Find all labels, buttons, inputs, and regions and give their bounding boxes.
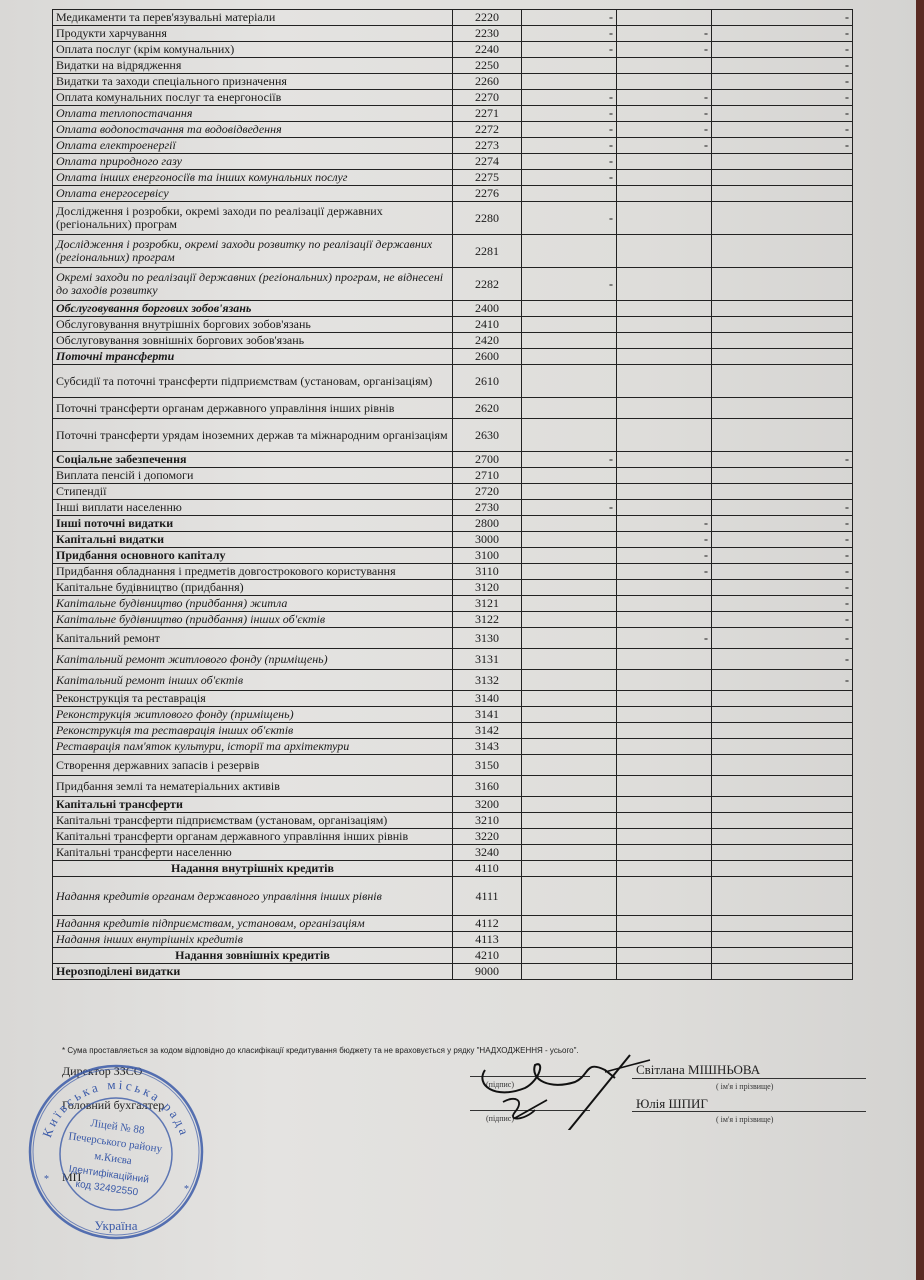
table-row: Обслуговування боргових зобов'язань2400 [53, 301, 853, 317]
amount-cell [617, 154, 712, 170]
expense-code: 3121 [453, 596, 522, 612]
amount-cell [712, 268, 853, 301]
amount-cell: - [522, 154, 617, 170]
expense-category-name: Субсидії та поточні трансферти підприємс… [53, 365, 453, 398]
table-row: Стипендії2720 [53, 484, 853, 500]
amount-cell [522, 419, 617, 452]
expense-code: 3200 [453, 797, 522, 813]
amount-cell [522, 797, 617, 813]
amount-cell [617, 468, 712, 484]
table-row: Капітальні видатки3000-- [53, 532, 853, 548]
amount-cell [522, 877, 617, 916]
expense-code: 2274 [453, 154, 522, 170]
table-row: Придбання обладнання і предметів довгост… [53, 564, 853, 580]
expense-code: 2620 [453, 398, 522, 419]
expense-code: 3240 [453, 845, 522, 861]
amount-cell [712, 964, 853, 980]
table-row: Реконструкція та реставрація інших об'єк… [53, 723, 853, 739]
expense-code: 2271 [453, 106, 522, 122]
svg-text:*: * [44, 1174, 49, 1185]
table-row: Надання кредитів підприємствам, установа… [53, 916, 853, 932]
expense-code: 2410 [453, 317, 522, 333]
amount-cell [522, 301, 617, 317]
table-row: Оплата природного газу2274- [53, 154, 853, 170]
expense-code: 3131 [453, 649, 522, 670]
amount-cell: - [522, 10, 617, 26]
expense-code: 2730 [453, 500, 522, 516]
amount-cell: - [712, 122, 853, 138]
expense-category-name: Капітальні трансферти органам державного… [53, 829, 453, 845]
expense-code: 4111 [453, 877, 522, 916]
expense-code: 3210 [453, 813, 522, 829]
amount-cell [712, 755, 853, 776]
amount-cell [617, 186, 712, 202]
amount-cell [617, 691, 712, 707]
expense-category-name: Поточні трансферти [53, 349, 453, 365]
amount-cell [522, 612, 617, 628]
amount-cell [712, 154, 853, 170]
expense-category-name: Реконструкція житлового фонду (приміщень… [53, 707, 453, 723]
table-row: Окремі заходи по реалізації державних (р… [53, 268, 853, 301]
amount-cell: - [617, 532, 712, 548]
expense-code: 3110 [453, 564, 522, 580]
expense-category-name: Оплата енергосервісу [53, 186, 453, 202]
amount-cell: - [712, 628, 853, 649]
amount-cell [712, 861, 853, 877]
table-row: Дослідження і розробки, окремі заходи ро… [53, 235, 853, 268]
table-row: Капітальний ремонт інших об'єктів3132- [53, 670, 853, 691]
svg-text:*: * [184, 1184, 189, 1195]
expense-code: 2420 [453, 333, 522, 349]
expense-category-name: Надання внутрішніх кредитів [53, 861, 453, 877]
amount-cell [617, 845, 712, 861]
table-row: Придбання землі та нематеріальних активі… [53, 776, 853, 797]
table-row: Капітальні трансферти органам державного… [53, 829, 853, 845]
expense-category-name: Надання інших внутрішніх кредитів [53, 932, 453, 948]
expense-code: 2250 [453, 58, 522, 74]
amount-cell [522, 564, 617, 580]
expense-category-name: Капітальне будівництво (придбання) житла [53, 596, 453, 612]
expense-category-name: Обслуговування зовнішніх боргових зобов'… [53, 333, 453, 349]
amount-cell: - [617, 516, 712, 532]
expense-category-name: Продукти харчування [53, 26, 453, 42]
amount-cell [617, 797, 712, 813]
expense-code: 2280 [453, 202, 522, 235]
amount-cell: - [522, 268, 617, 301]
expense-category-name: Медикаменти та перев'язувальні матеріали [53, 10, 453, 26]
table-row: Медикаменти та перев'язувальні матеріали… [53, 10, 853, 26]
amount-cell [617, 317, 712, 333]
table-row: Інші поточні видатки2800-- [53, 516, 853, 532]
table-row: Капітальний ремонт3130-- [53, 628, 853, 649]
amount-cell [522, 596, 617, 612]
expense-category-name: Придбання основного капіталу [53, 548, 453, 564]
expense-category-name: Надання зовнішніх кредитів [53, 948, 453, 964]
expense-code: 2710 [453, 468, 522, 484]
amount-cell [617, 916, 712, 932]
amount-cell: - [712, 612, 853, 628]
amount-cell [712, 468, 853, 484]
amount-cell [617, 877, 712, 916]
expense-code: 4210 [453, 948, 522, 964]
amount-cell: - [522, 170, 617, 186]
amount-cell [522, 813, 617, 829]
amount-cell [712, 877, 853, 916]
expense-code: 2282 [453, 268, 522, 301]
amount-cell [617, 829, 712, 845]
table-row: Капітальне будівництво (придбання) інших… [53, 612, 853, 628]
table-row: Надання інших внутрішніх кредитів4113 [53, 932, 853, 948]
expense-category-name: Капітальні трансферти населенню [53, 845, 453, 861]
amount-cell [617, 612, 712, 628]
budget-expenditure-table: Медикаменти та перев'язувальні матеріали… [52, 9, 853, 980]
document-page: Медикаменти та перев'язувальні матеріали… [0, 0, 916, 1280]
expense-category-name: Виплата пенсій і допомоги [53, 468, 453, 484]
amount-cell [522, 964, 617, 980]
expense-category-name: Надання кредитів підприємствам, установа… [53, 916, 453, 932]
expense-category-name: Капітальні трансферти підприємствам (уст… [53, 813, 453, 829]
expense-category-name: Обслуговування внутрішніх боргових зобов… [53, 317, 453, 333]
amount-cell [712, 776, 853, 797]
expense-category-name: Інші виплати населенню [53, 500, 453, 516]
table-row: Виплата пенсій і допомоги2710 [53, 468, 853, 484]
amount-cell [522, 776, 617, 797]
expense-code: 2276 [453, 186, 522, 202]
expense-code: 4112 [453, 916, 522, 932]
expense-category-name: Інші поточні видатки [53, 516, 453, 532]
accountant-name-caption: ( ім'я і прізвище) [716, 1115, 773, 1124]
expense-category-name: Капітальний ремонт [53, 628, 453, 649]
expense-code: 2273 [453, 138, 522, 154]
expense-category-name: Оплата послуг (крім комунальних) [53, 42, 453, 58]
table-row: Оплата електроенергії2273--- [53, 138, 853, 154]
amount-cell: - [712, 670, 853, 691]
amount-cell [617, 948, 712, 964]
expense-category-name: Поточні трансферти органам державного уп… [53, 398, 453, 419]
table-row: Капітальний ремонт житлового фонду (прим… [53, 649, 853, 670]
expense-category-name: Придбання обладнання і предметів довгост… [53, 564, 453, 580]
amount-cell [712, 202, 853, 235]
expense-code: 3132 [453, 670, 522, 691]
expense-code: 3122 [453, 612, 522, 628]
amount-cell: - [712, 580, 853, 596]
table-row: Капітальні трансферти підприємствам (уст… [53, 813, 853, 829]
table-row: Створення державних запасів і резервів31… [53, 755, 853, 776]
expense-code: 9000 [453, 964, 522, 980]
amount-cell: - [712, 58, 853, 74]
amount-cell: - [712, 90, 853, 106]
expense-category-name: Обслуговування боргових зобов'язань [53, 301, 453, 317]
amount-cell [617, 500, 712, 516]
expense-category-name: Окремі заходи по реалізації державних (р… [53, 268, 453, 301]
expense-code: 3100 [453, 548, 522, 564]
amount-cell [522, 707, 617, 723]
amount-cell [522, 74, 617, 90]
expense-code: 2610 [453, 365, 522, 398]
amount-cell [712, 333, 853, 349]
expense-code: 3000 [453, 532, 522, 548]
amount-cell: - [617, 628, 712, 649]
amount-cell [522, 932, 617, 948]
amount-cell [617, 739, 712, 755]
table-row: Капітальні трансферти3200 [53, 797, 853, 813]
expense-category-name: Капітальні видатки [53, 532, 453, 548]
table-row: Оплата водопостачання та водовідведення2… [53, 122, 853, 138]
amount-cell [522, 548, 617, 564]
svg-text:Печерського району: Печерського району [68, 1130, 164, 1155]
amount-cell [522, 755, 617, 776]
amount-cell: - [617, 122, 712, 138]
amount-cell [712, 398, 853, 419]
table-row: Поточні трансферти2600 [53, 349, 853, 365]
amount-cell: - [712, 74, 853, 90]
expense-code: 3141 [453, 707, 522, 723]
expense-category-name: Оплата водопостачання та водовідведення [53, 122, 453, 138]
amount-cell [522, 723, 617, 739]
amount-cell: - [712, 26, 853, 42]
director-name-caption: ( ім'я і прізвище) [716, 1082, 773, 1091]
expense-code: 2700 [453, 452, 522, 468]
amount-cell: - [712, 42, 853, 58]
expense-code: 3143 [453, 739, 522, 755]
amount-cell [522, 948, 617, 964]
amount-cell [522, 516, 617, 532]
expense-code: 2270 [453, 90, 522, 106]
amount-cell [617, 649, 712, 670]
amount-cell [617, 235, 712, 268]
expense-category-name: Оплата інших енергоносіїв та інших комун… [53, 170, 453, 186]
amount-cell: - [522, 42, 617, 58]
expense-category-name: Реконструкція та реставрація [53, 691, 453, 707]
table-row: Інші виплати населенню2730-- [53, 500, 853, 516]
expense-code: 2400 [453, 301, 522, 317]
amount-cell: - [712, 649, 853, 670]
table-row: Реконструкція житлового фонду (приміщень… [53, 707, 853, 723]
amount-cell: - [712, 10, 853, 26]
expense-code: 3130 [453, 628, 522, 649]
expense-code: 3120 [453, 580, 522, 596]
amount-cell [522, 861, 617, 877]
expense-code: 4113 [453, 932, 522, 948]
table-row: Видатки на відрядження2250- [53, 58, 853, 74]
amount-cell [712, 932, 853, 948]
expense-code: 3140 [453, 691, 522, 707]
expense-category-name: Стипендії [53, 484, 453, 500]
expense-category-name: Капітальні трансферти [53, 797, 453, 813]
table-row: Обслуговування внутрішніх боргових зобов… [53, 317, 853, 333]
expense-category-name: Капітальне будівництво (придбання) [53, 580, 453, 596]
svg-text:Україна: Україна [95, 1218, 138, 1233]
amount-cell [617, 365, 712, 398]
table-row: Оплата інших енергоносіїв та інших комун… [53, 170, 853, 186]
amount-cell [522, 691, 617, 707]
table-row: Обслуговування зовнішніх боргових зобов'… [53, 333, 853, 349]
amount-cell [522, 349, 617, 365]
expense-category-name: Нерозподілені видатки [53, 964, 453, 980]
amount-cell [617, 484, 712, 500]
amount-cell [522, 58, 617, 74]
amount-cell [712, 317, 853, 333]
table-row: Надання зовнішніх кредитів4210 [53, 948, 853, 964]
amount-cell [712, 739, 853, 755]
table-row: Нерозподілені видатки9000 [53, 964, 853, 980]
amount-cell [617, 723, 712, 739]
expense-category-name: Капітальний ремонт інших об'єктів [53, 670, 453, 691]
expense-category-name: Придбання землі та нематеріальних активі… [53, 776, 453, 797]
table-row: Продукти харчування2230--- [53, 26, 853, 42]
expense-category-name: Створення державних запасів і резервів [53, 755, 453, 776]
table-row: Оплата енергосервісу2276 [53, 186, 853, 202]
amount-cell [617, 10, 712, 26]
amount-cell [712, 723, 853, 739]
amount-cell [617, 580, 712, 596]
amount-cell [617, 776, 712, 797]
amount-cell [617, 333, 712, 349]
expense-category-name: Реставрація пам'яток культури, історії т… [53, 739, 453, 755]
expense-code: 2272 [453, 122, 522, 138]
amount-cell: - [712, 548, 853, 564]
table-row: Оплата комунальних послуг та енергоносії… [53, 90, 853, 106]
amount-cell [712, 170, 853, 186]
amount-cell [712, 797, 853, 813]
expense-category-name: Оплата теплопостачання [53, 106, 453, 122]
expense-category-name: Соціальне забезпечення [53, 452, 453, 468]
table-row: Видатки та заходи спеціального призначен… [53, 74, 853, 90]
table-row: Оплата теплопостачання2271--- [53, 106, 853, 122]
amount-cell [712, 813, 853, 829]
expense-code: 2281 [453, 235, 522, 268]
amount-cell: - [522, 202, 617, 235]
amount-cell [522, 398, 617, 419]
amount-cell [522, 468, 617, 484]
amount-cell [522, 484, 617, 500]
table-row: Оплата послуг (крім комунальних)2240--- [53, 42, 853, 58]
table-row: Поточні трансферти органам державного уп… [53, 398, 853, 419]
amount-cell [617, 964, 712, 980]
table-row: Дослідження і розробки, окремі заходи по… [53, 202, 853, 235]
expense-code: 2630 [453, 419, 522, 452]
amount-cell: - [522, 90, 617, 106]
table-row: Реконструкція та реставрація3140 [53, 691, 853, 707]
expense-category-name: Видатки на відрядження [53, 58, 453, 74]
amount-cell: - [522, 26, 617, 42]
amount-cell [617, 349, 712, 365]
amount-cell [522, 186, 617, 202]
expense-category-name: Оплата електроенергії [53, 138, 453, 154]
amount-cell [712, 186, 853, 202]
amount-cell: - [617, 42, 712, 58]
svg-text:м.Києва: м.Києва [94, 1150, 133, 1167]
amount-cell: - [617, 106, 712, 122]
table-row: Придбання основного капіталу3100-- [53, 548, 853, 564]
expense-category-name: Реконструкція та реставрація інших об'єк… [53, 723, 453, 739]
expense-code: 2230 [453, 26, 522, 42]
amount-cell [617, 58, 712, 74]
amount-cell: - [522, 500, 617, 516]
amount-cell [522, 649, 617, 670]
amount-cell [617, 170, 712, 186]
amount-cell [617, 268, 712, 301]
table-row: Надання внутрішніх кредитів4110 [53, 861, 853, 877]
expense-code: 3142 [453, 723, 522, 739]
amount-cell: - [712, 106, 853, 122]
amount-cell [522, 580, 617, 596]
amount-cell: - [712, 532, 853, 548]
amount-cell [712, 691, 853, 707]
expense-category-name: Оплата природного газу [53, 154, 453, 170]
expense-category-name: Поточні трансферти урядам іноземних держ… [53, 419, 453, 452]
amount-cell: - [712, 516, 853, 532]
expense-code: 2600 [453, 349, 522, 365]
amount-cell: - [617, 564, 712, 580]
amount-cell [712, 235, 853, 268]
table-row: Соціальне забезпечення2700-- [53, 452, 853, 468]
expense-category-name: Видатки та заходи спеціального призначен… [53, 74, 453, 90]
amount-cell [617, 74, 712, 90]
table-row: Реставрація пам'яток культури, історії т… [53, 739, 853, 755]
amount-cell [712, 349, 853, 365]
amount-cell [617, 301, 712, 317]
amount-cell [712, 845, 853, 861]
amount-cell [617, 932, 712, 948]
amount-cell [522, 235, 617, 268]
expense-code: 2800 [453, 516, 522, 532]
expense-category-name: Капітальний ремонт житлового фонду (прим… [53, 649, 453, 670]
table-row: Поточні трансферти урядам іноземних держ… [53, 419, 853, 452]
handwritten-signature-icon [455, 1040, 695, 1130]
amount-cell: - [617, 138, 712, 154]
amount-cell [712, 484, 853, 500]
amount-cell: - [617, 548, 712, 564]
amount-cell [522, 739, 617, 755]
amount-cell [522, 333, 617, 349]
expense-code: 3150 [453, 755, 522, 776]
table-row: Субсидії та поточні трансферти підприємс… [53, 365, 853, 398]
expense-code: 4110 [453, 861, 522, 877]
amount-cell [522, 317, 617, 333]
amount-cell [617, 596, 712, 612]
expense-category-name: Капітальне будівництво (придбання) інших… [53, 612, 453, 628]
amount-cell [617, 419, 712, 452]
amount-cell [617, 707, 712, 723]
amount-cell: - [522, 138, 617, 154]
amount-cell: - [522, 106, 617, 122]
table-row: Надання кредитів органам державного упра… [53, 877, 853, 916]
amount-cell: - [712, 138, 853, 154]
amount-cell: - [617, 26, 712, 42]
amount-cell: - [712, 564, 853, 580]
amount-cell [712, 707, 853, 723]
amount-cell [522, 916, 617, 932]
amount-cell: - [522, 122, 617, 138]
expense-code: 2220 [453, 10, 522, 26]
table-row: Капітальне будівництво (придбання) житла… [53, 596, 853, 612]
amount-cell [712, 365, 853, 398]
amount-cell [712, 301, 853, 317]
expense-category-name: Оплата комунальних послуг та енергоносії… [53, 90, 453, 106]
official-seal-icon: Київська міська рада Україна Ліцей № 88 … [26, 1062, 206, 1242]
amount-cell [617, 861, 712, 877]
amount-cell: - [617, 90, 712, 106]
amount-cell [712, 916, 853, 932]
amount-cell [617, 452, 712, 468]
expense-code: 2240 [453, 42, 522, 58]
amount-cell [617, 202, 712, 235]
amount-cell [712, 948, 853, 964]
amount-cell [522, 628, 617, 649]
amount-cell [617, 398, 712, 419]
table-row: Капітальні трансферти населенню3240 [53, 845, 853, 861]
